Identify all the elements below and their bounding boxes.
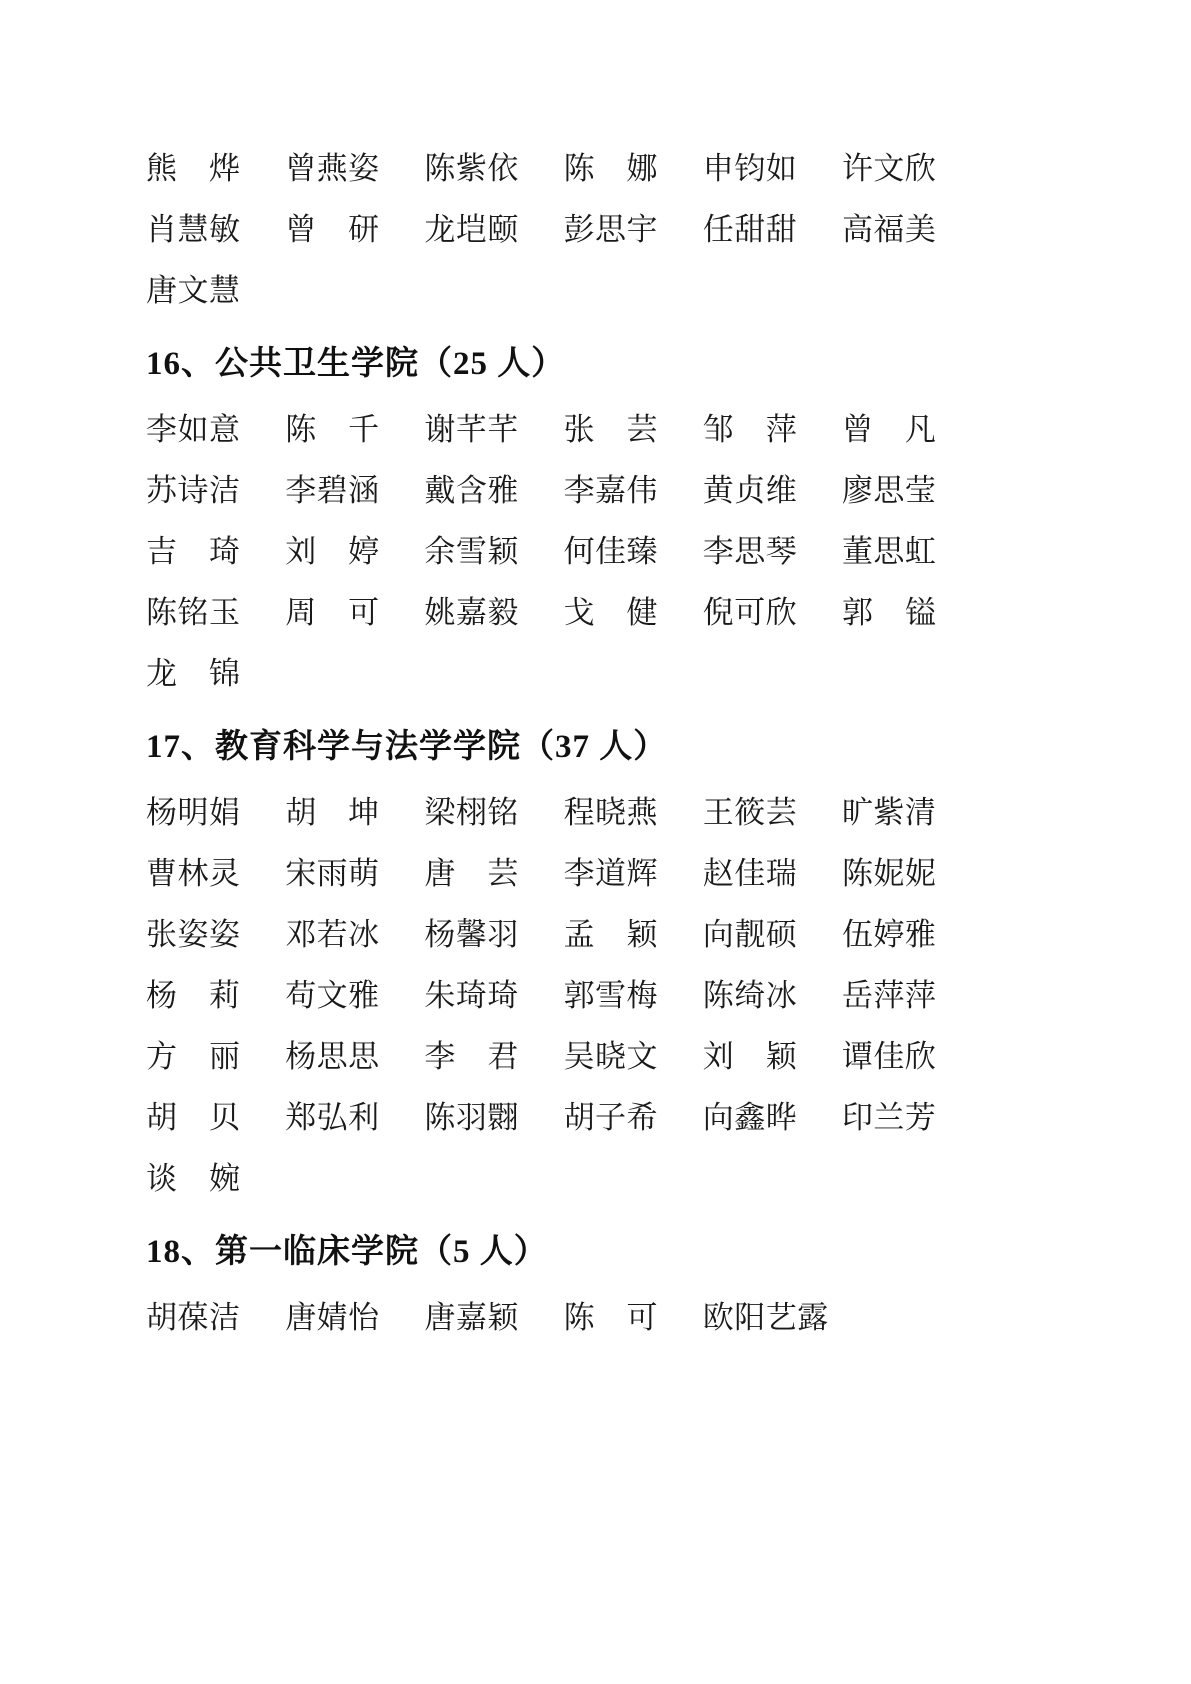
student-name: 张姿姿: [146, 919, 242, 950]
student-name-list: 熊 烨曾燕姿陈紫依陈 娜申钧如许文欣肖慧敏曾 研龙垲颐彭思宇任甜甜高福美唐文慧1…: [146, 138, 938, 1348]
student-name: 曾 凡: [842, 414, 938, 445]
student-name: 胡 贝: [146, 1102, 242, 1133]
student-name: 杨明娟: [146, 797, 242, 828]
name-row: 杨 莉苟文雅朱琦琦郭雪梅陈绮冰岳萍萍: [146, 965, 938, 1026]
name-row: 肖慧敏曾 研龙垲颐彭思宇任甜甜高福美: [146, 199, 938, 260]
student-name: 戈 健: [564, 597, 660, 628]
student-name: 李道辉: [564, 858, 660, 889]
student-name: 陈铭玉: [146, 597, 242, 628]
name-row: 李如意陈 千谢芊芊张 芸邹 萍曾 凡: [146, 399, 938, 460]
student-name: 印兰芳: [842, 1102, 938, 1133]
student-name: 李如意: [146, 414, 242, 445]
student-name: 杨思思: [285, 1041, 381, 1072]
student-name: 刘 颖: [703, 1041, 799, 1072]
student-name: 龙 锦: [146, 658, 242, 689]
name-row: 方 丽杨思思李 君吴晓文刘 颖谭佳欣: [146, 1026, 938, 1087]
student-name: 董思虹: [842, 536, 938, 567]
student-name: 曾燕姿: [285, 153, 381, 184]
name-row: 熊 烨曾燕姿陈紫依陈 娜申钧如许文欣: [146, 138, 938, 199]
student-name: 龙垲颐: [424, 214, 520, 245]
student-name: 姚嘉毅: [424, 597, 520, 628]
student-name: 任甜甜: [703, 214, 799, 245]
student-name: 陈羽翾: [424, 1102, 520, 1133]
student-name: 高福美: [842, 214, 938, 245]
student-name: 陈 千: [285, 414, 381, 445]
student-name: 李嘉伟: [564, 475, 660, 506]
student-name: 方 丽: [146, 1041, 242, 1072]
student-name: 苏诗洁: [146, 475, 242, 506]
student-name: 李碧涵: [285, 475, 381, 506]
student-name: 谢芊芊: [424, 414, 520, 445]
name-row: 胡葆洁唐婧怡唐嘉颖陈 可欧阳艺露: [146, 1287, 938, 1348]
student-name: 胡子希: [564, 1102, 660, 1133]
student-name: 刘 婷: [285, 536, 381, 567]
name-row: 龙 锦: [146, 643, 938, 704]
student-name: 向鑫晔: [703, 1102, 799, 1133]
name-row: 杨明娟胡 坤梁栩铭程晓燕王筱芸旷紫清: [146, 782, 938, 843]
student-name: 陈 娜: [564, 153, 660, 184]
name-row: 胡 贝郑弘利陈羽翾胡子希向鑫晔印兰芳: [146, 1087, 938, 1148]
student-name: 岳萍萍: [842, 980, 938, 1011]
student-name: 欧阳艺露: [703, 1302, 799, 1333]
student-name: 陈紫依: [424, 153, 520, 184]
student-name: 黄贞维: [703, 475, 799, 506]
student-name: 杨 莉: [146, 980, 242, 1011]
student-name: 吴晓文: [564, 1041, 660, 1072]
student-name: 胡葆洁: [146, 1302, 242, 1333]
student-name: 向靓硕: [703, 919, 799, 950]
student-name: 唐婧怡: [285, 1302, 381, 1333]
student-name: 郭雪梅: [564, 980, 660, 1011]
student-name: 戴含雅: [424, 475, 520, 506]
name-row: 曹林灵宋雨萌唐 芸李道辉赵佳瑞陈妮妮: [146, 843, 938, 904]
student-name: 唐嘉颖: [424, 1302, 520, 1333]
student-name: 曹林灵: [146, 858, 242, 889]
student-name: 朱琦琦: [424, 980, 520, 1011]
student-name: 谈 婉: [146, 1163, 242, 1194]
student-name: 伍婷雅: [842, 919, 938, 950]
student-name: 李思琴: [703, 536, 799, 567]
student-name: 彭思宇: [564, 214, 660, 245]
student-name: 邓若冰: [285, 919, 381, 950]
student-name: 谭佳欣: [842, 1041, 938, 1072]
student-name: 孟 颖: [564, 919, 660, 950]
student-name: 程晓燕: [564, 797, 660, 828]
student-name: 梁栩铭: [424, 797, 520, 828]
student-name: 廖思莹: [842, 475, 938, 506]
student-name: 李 君: [424, 1041, 520, 1072]
student-name: 余雪颖: [424, 536, 520, 567]
student-name: 张 芸: [564, 414, 660, 445]
student-name: 吉 琦: [146, 536, 242, 567]
student-name: 胡 坤: [285, 797, 381, 828]
student-name: 陈妮妮: [842, 858, 938, 889]
student-name: 熊 烨: [146, 153, 242, 184]
student-name: 许文欣: [842, 153, 938, 184]
student-name: 苟文雅: [285, 980, 381, 1011]
name-row: 吉 琦刘 婷余雪颖何佳臻李思琴董思虹: [146, 521, 938, 582]
section-heading: 17、教育科学与法学学院（37 人）: [146, 704, 938, 782]
student-name: 邹 萍: [703, 414, 799, 445]
name-row: 谈 婉: [146, 1148, 938, 1209]
name-row: 陈铭玉周 可姚嘉毅戈 健倪可欣郭 镒: [146, 582, 938, 643]
name-row: 苏诗洁李碧涵戴含雅李嘉伟黄贞维廖思莹: [146, 460, 938, 521]
student-name: 肖慧敏: [146, 214, 242, 245]
student-name: 申钧如: [703, 153, 799, 184]
student-name: 何佳臻: [564, 536, 660, 567]
student-name: 唐文慧: [146, 275, 242, 306]
student-name: 赵佳瑞: [703, 858, 799, 889]
student-name: 倪可欣: [703, 597, 799, 628]
student-name: 周 可: [285, 597, 381, 628]
section-heading: 16、公共卫生学院（25 人）: [146, 321, 938, 399]
student-name: 唐 芸: [424, 858, 520, 889]
student-name: 陈绮冰: [703, 980, 799, 1011]
student-name: 曾 研: [285, 214, 381, 245]
student-name: 杨馨羽: [424, 919, 520, 950]
name-row: 张姿姿邓若冰杨馨羽孟 颖向靓硕伍婷雅: [146, 904, 938, 965]
student-name: 旷紫清: [842, 797, 938, 828]
name-row: 唐文慧: [146, 260, 938, 321]
student-name: 陈 可: [564, 1302, 660, 1333]
student-name: 郭 镒: [842, 597, 938, 628]
section-heading: 18、第一临床学院（5 人）: [146, 1209, 938, 1287]
student-name: 王筱芸: [703, 797, 799, 828]
document-page: 熊 烨曾燕姿陈紫依陈 娜申钧如许文欣肖慧敏曾 研龙垲颐彭思宇任甜甜高福美唐文慧1…: [0, 0, 1191, 1684]
student-name: 郑弘利: [285, 1102, 381, 1133]
student-name: 宋雨萌: [285, 858, 381, 889]
